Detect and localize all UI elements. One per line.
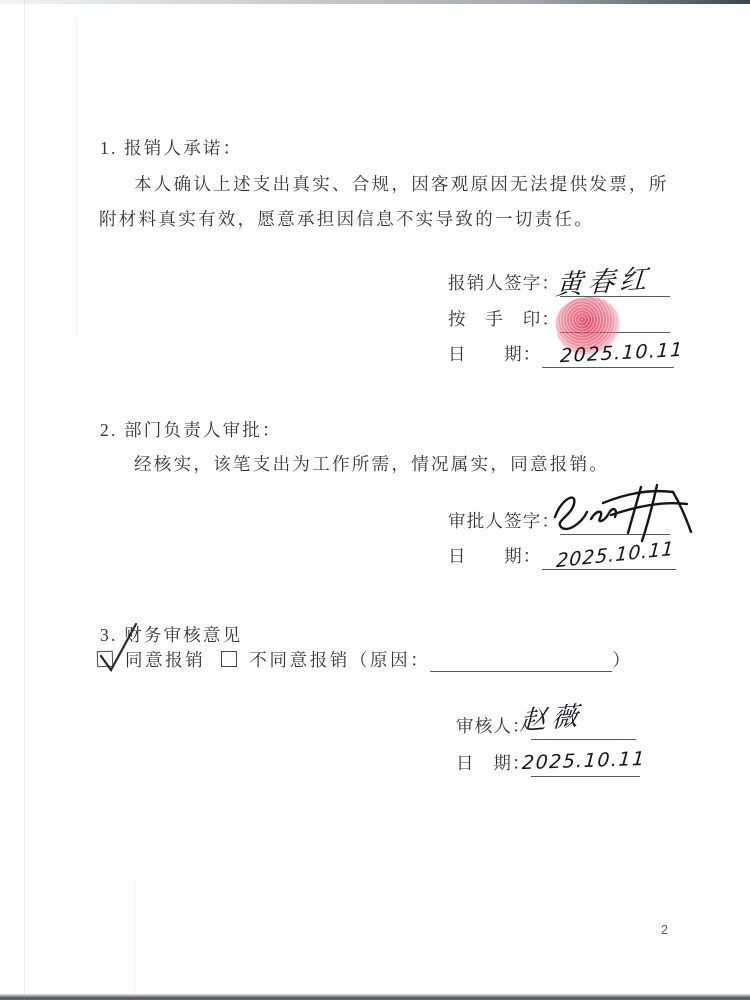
auditor-handwritten-signature: 赵薇 xyxy=(519,695,585,738)
page-number: 2 xyxy=(661,923,668,937)
section1-body-line2: 附材料真实有效，愿意承担因信息不实导致的一切责任。 xyxy=(99,206,594,231)
finance-options-row: 同意报销 不同意报销 （原因： ） xyxy=(97,646,632,672)
signer-label: 报销人签字： xyxy=(448,270,560,297)
disagree-label: 不同意报销 xyxy=(249,647,350,672)
reason-blank-line xyxy=(430,656,612,672)
approver-handwritten-signature-scribble xyxy=(545,483,695,545)
reimburser-handwritten-signature: 黄春红 xyxy=(555,257,654,303)
section1-body-line1: 本人确认上述支出真实、合规，因客观原因无法提供发票，所 xyxy=(134,171,669,196)
scan-bottom-edge xyxy=(0,994,750,1000)
commitment-date-label: 日 期： xyxy=(448,341,542,368)
agree-checkmark-icon xyxy=(94,619,142,675)
section1-title: 1. 报销人承诺： xyxy=(100,135,242,160)
fingerprint-label: 按 手 印： xyxy=(448,306,560,333)
approval-date-label: 日 期： xyxy=(448,543,542,570)
reason-suffix: ） xyxy=(612,647,632,672)
audit-handwritten-date: 2025.10.11 xyxy=(521,748,646,774)
scan-artifact-line xyxy=(24,0,25,1000)
disagree-checkbox xyxy=(221,651,237,667)
section2-title: 2. 部门负责人审批： xyxy=(100,417,282,442)
section2-body: 经核实，该笔支出为工作所需，情况属实，同意报销。 xyxy=(134,451,609,476)
scan-artifact-line xyxy=(76,18,77,338)
scan-artifact-line xyxy=(134,878,135,1000)
audit-date-label: 日 期： xyxy=(456,750,531,777)
scan-top-edge xyxy=(0,0,750,4)
reason-prefix: （原因： xyxy=(350,647,430,672)
scanned-reimbursement-approval-page: 1. 报销人承诺： 本人确认上述支出真实、合规，因客观原因无法提供发票，所 附材… xyxy=(0,0,750,1000)
approver-label: 审批人签字： xyxy=(448,508,560,535)
